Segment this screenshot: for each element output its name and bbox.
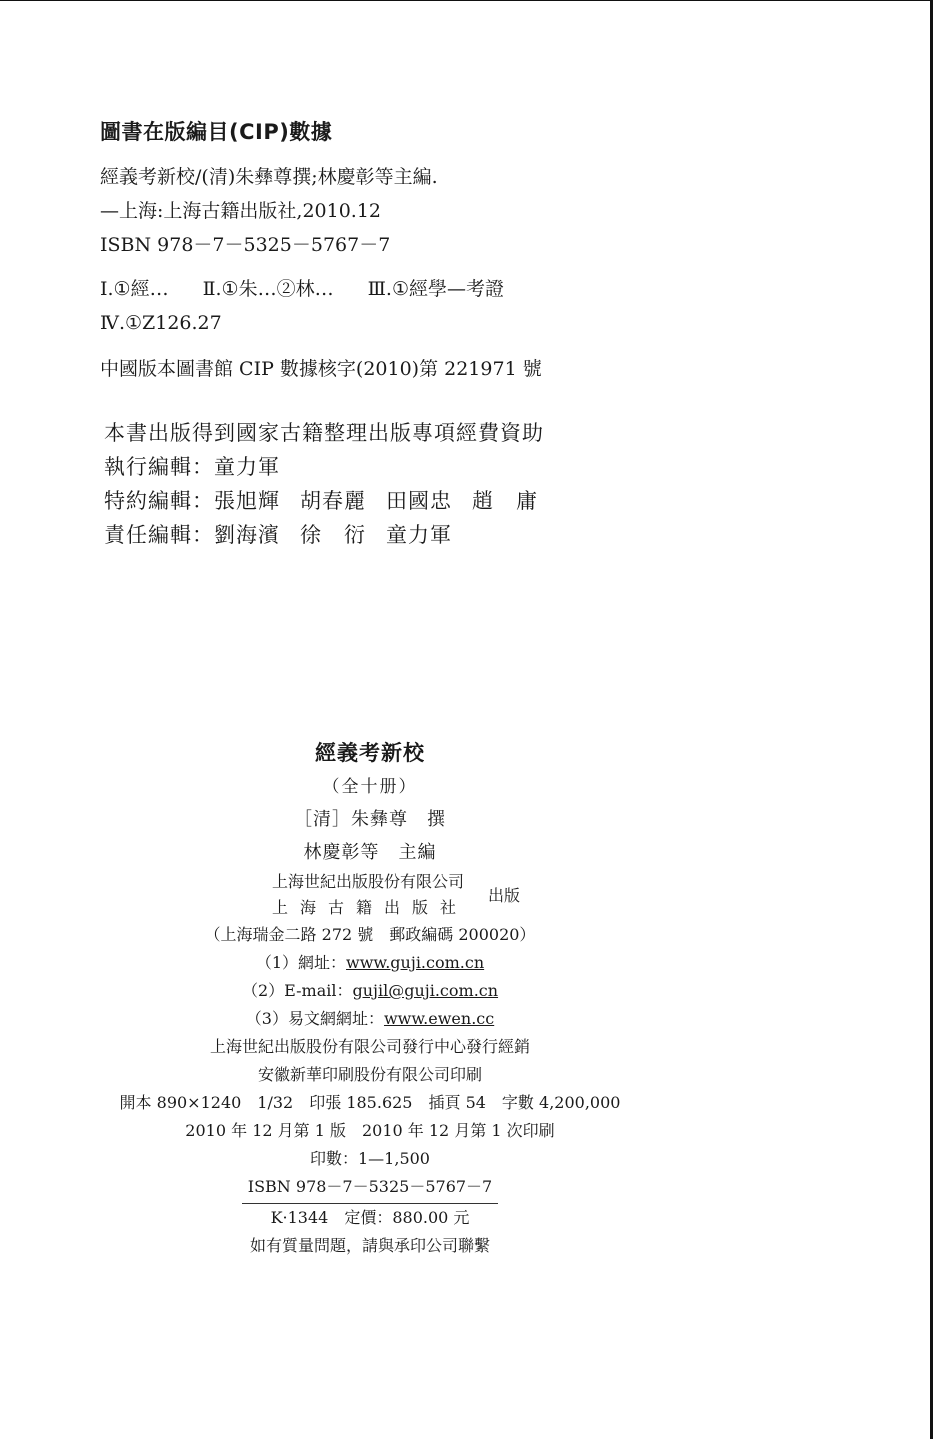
price-line: K·1344 定價：880.00 元 [0, 1204, 740, 1232]
ewen-label: （3）易文網網址： [246, 1009, 384, 1028]
edition-line: 2010 年 12 月第 1 版 2010 年 12 月第 1 次印刷 [0, 1117, 740, 1145]
cip-title: 圖書在版編目(CIP)數據 [100, 118, 660, 146]
specs-line: 開本 890×1240 1/32 印張 185.625 插頁 54 字數 4,2… [0, 1089, 740, 1117]
executive-editor-name: 童力軍 [214, 450, 280, 484]
executive-editor-row: 執行編輯：童力軍 [104, 450, 664, 484]
editor-line: 林慶彰等 主編 [0, 836, 740, 869]
colophon: 經義考新校 （全十册） ［清］朱彝尊 撰 林慶彰等 主編 上海世紀出版股份有限公… [0, 735, 740, 1260]
cip-data-section: 圖書在版編目(CIP)數據 經義考新校/(清)朱彝尊撰;林慶彰等主編. —上海:… [100, 118, 660, 386]
special-editor-name: 張旭輝 [214, 484, 280, 518]
special-editor-name: 胡春麗 [300, 484, 366, 518]
responsible-editors-row: 責任編輯：劉海濱徐 衍童力軍 [104, 518, 664, 552]
publisher-block: 上海世紀出版股份有限公司 上海古籍出版社 出版 [272, 869, 468, 921]
cip-check-number: 中國版本圖書館 CIP 數據核字(2010)第 221971 號 [100, 352, 660, 386]
special-editor-name: 田國忠 [386, 484, 452, 518]
responsible-editor-name: 徐 衍 [300, 518, 366, 552]
cip-isbn-line: ISBN 978－7－5325－5767－7 [100, 228, 660, 262]
cip-class-i: Ⅰ.①經… [100, 272, 169, 306]
isbn-row: ISBN 978－7－5325－5767－7 [0, 1173, 740, 1204]
distributor-line: 上海世紀出版股份有限公司發行中心發行經銷 [0, 1033, 740, 1061]
publisher-suffix: 出版 [488, 883, 520, 906]
cip-publisher-line: —上海:上海古籍出版社,2010.12 [100, 194, 660, 228]
publisher-address: （上海瑞金二路 272 號 郵政編碼 200020） [0, 921, 740, 949]
web-contacts: （1）網址：www.guji.com.cn （2）E-mail：gujil@gu… [0, 949, 740, 1033]
email-row: （2）E-mail：gujil@guji.com.cn [0, 977, 740, 1005]
publisher-name: 上海古籍出版社 [272, 895, 468, 921]
printer-line: 安徽新華印刷股份有限公司印刷 [0, 1061, 740, 1089]
funding-note: 本書出版得到國家古籍整理出版專項經費資助 [104, 416, 664, 450]
author-line: ［清］朱彝尊 撰 [0, 803, 740, 836]
volume-count: （全十册） [0, 771, 740, 803]
responsible-editors-label: 責任編輯： [104, 523, 214, 547]
publisher-group: 上海世紀出版股份有限公司 [272, 869, 468, 895]
editorial-credits: 本書出版得到國家古籍整理出版專項經費資助 執行編輯：童力軍 特約編輯：張旭輝胡春… [104, 416, 664, 552]
cip-classification-row: Ⅰ.①經…Ⅱ.①朱…②林…Ⅲ.①經學—考證 [100, 272, 660, 306]
special-editor-name: 趙 庸 [472, 484, 538, 518]
quality-note: 如有質量問題，請與承印公司聯繫 [0, 1232, 740, 1260]
ewen-link[interactable]: www.ewen.cc [384, 1009, 494, 1028]
website-row: （1）網址：www.guji.com.cn [0, 949, 740, 977]
website-label: （1）網址： [256, 953, 346, 972]
cip-class-iv: Ⅳ.①Z126.27 [100, 306, 660, 340]
executive-editor-label: 執行編輯： [104, 455, 214, 479]
cip-classification: Ⅰ.①經…Ⅱ.①朱…②林…Ⅲ.①經學—考證 Ⅳ.①Z126.27 [100, 272, 660, 340]
email-link[interactable]: gujil@guji.com.cn [352, 981, 498, 1000]
email-label: （2）E-mail： [242, 981, 353, 1000]
book-title: 經義考新校 [0, 735, 740, 771]
page-border-top [0, 0, 933, 1]
print-run-line: 印數：1—1,500 [0, 1145, 740, 1173]
isbn: ISBN 978－7－5325－5767－7 [242, 1173, 498, 1204]
ewen-row: （3）易文網網址：www.ewen.cc [0, 1005, 740, 1033]
cip-class-ii: Ⅱ.①朱…②林… [203, 272, 334, 306]
website-link[interactable]: www.guji.com.cn [346, 953, 484, 972]
responsible-editor-name: 劉海濱 [214, 518, 280, 552]
responsible-editor-name: 童力軍 [386, 518, 452, 552]
special-editors-label: 特約編輯： [104, 489, 214, 513]
special-editors-row: 特約編輯：張旭輝胡春麗田國忠趙 庸 [104, 484, 664, 518]
cip-class-iii: Ⅲ.①經學—考證 [368, 272, 504, 306]
cip-title-line: 經義考新校/(清)朱彝尊撰;林慶彰等主編. [100, 160, 660, 194]
